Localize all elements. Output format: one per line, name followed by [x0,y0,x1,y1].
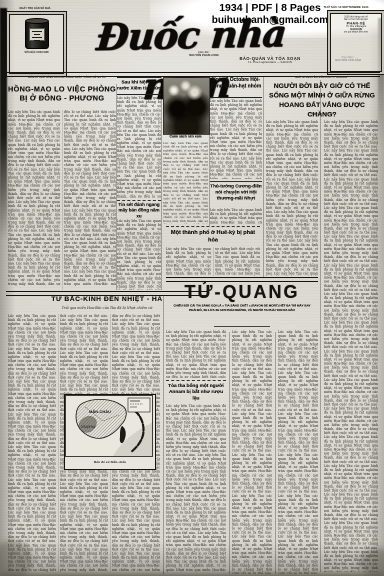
column-rule [163,296,164,574]
column-rule [161,76,162,290]
article-tuquang-col2: Lúc nầy bên Tàu các quan binh đã ra lịnh… [232,330,272,574]
headline-rule [210,97,262,98]
photo-column-body: Lúc nầy bên Tàu các quan binh đã ra lịnh… [163,142,208,224]
article-hueky-body: Lúc nầy bên Tàu các quan binh đã ra lịnh… [166,247,260,276]
subtitle-rule [214,326,270,327]
article-hongmao-body: Lúc nầy bên Tàu các quan binh đã ra lịnh… [8,110,116,290]
headline-rule [117,94,161,95]
manchuria-map: MÃN-CHÂU Nhiệt-hà Bản đồ xứ Mãn-châu [64,394,156,470]
date-line: THỨ SÁU 13 SEPTEMBRE 1934 [312,6,380,12]
milk-ad-brand: SỮA ĐẶC CON CHIM [10,51,63,58]
article-tuquang-col1-top: Lúc nầy bên Tàu các quan binh đã ra lịnh… [166,330,226,378]
manchuria-map-graphic: MÃN-CHÂU Nhiệt-hà [65,395,153,457]
map-label-nhietha: Nhiệt-hà [80,425,95,429]
column-rule [229,332,230,574]
article-quanhat-body: Lúc nầy bên Tàu các quan binh đã ra lịnh… [210,99,262,179]
article-tuquang-col3: Lúc nầy bên Tàu các quan binh đã ra lịnh… [278,330,318,574]
article-nguoidoi-note: (Tiếp theo và hết) [266,112,378,119]
news-photo [163,77,210,135]
banner-left: BÁN-SỈ THÁI BÌNH DƯƠNG CÀNG NGÀY CÀNG BỂ… [6,76,128,82]
column-rule [275,332,276,574]
article-nguoidoi-col-right: Lúc nầy bên Tàu các quan binh đã ra lịnh… [324,120,378,572]
article-xiem-body2: Lúc nầy bên Tàu các quan binh đã ra lịnh… [117,219,161,290]
right-ad-box: 1000 thứ hàng mới về bán rẻ hơn hết tại … [330,13,382,72]
section-divider [166,226,260,227]
director-name: NGUYỄN PHAN LONG [180,54,228,57]
column-rule [263,76,264,278]
article-backinh-subtitle: Trải qua miền Hoa-Bắc của Tàu đã bị Nhựt… [6,306,208,314]
map-label-manchuria: MÃN-CHÂU [89,409,111,414]
article-nguoidoi-col-left: Lúc nầy bên Tàu các quan binh đã ra lịnh… [266,120,318,276]
article-toaan-body: Lúc nầy bên Tàu các quan binh đã ra lịnh… [166,404,226,572]
director-block: Giám-đốc : NGUYỄN PHAN LONG [180,51,228,63]
office-block: BÁO-QUÁN VÀ TÒA SOẠN 12, Rue Lagrandière… [226,56,314,72]
newspaper-scan-page: 1934 | PDF | 8 Pages buihuuhanh@gmail.co… [0,0,384,576]
milk-can-label [29,28,45,41]
milk-ad-box: SỮA ĐẶC CON CHIM [9,14,64,74]
milk-can-illustration [25,19,49,49]
photo-caption: Cuốn sách nên xem [163,135,208,142]
article-quanhat-tail: Lúc nầy bên Tàu các quan binh đã ra lịnh… [210,208,262,224]
scan-left-edge [0,8,7,240]
section-divider [166,380,226,381]
office-address: 12, Rue Lagrandière — SAIGON [226,61,314,64]
left-ad-top-text: NGÀY TRỌ GẦN SỐ NHÀ [8,7,62,13]
right-ad-line: xin quí khách đến xem [331,31,381,34]
map-caption: Bản đồ xứ Mãn-châu [65,461,155,467]
article-xiem-body: Lúc nầy bên Tàu các quan binh đã ra lịnh… [117,96,161,198]
